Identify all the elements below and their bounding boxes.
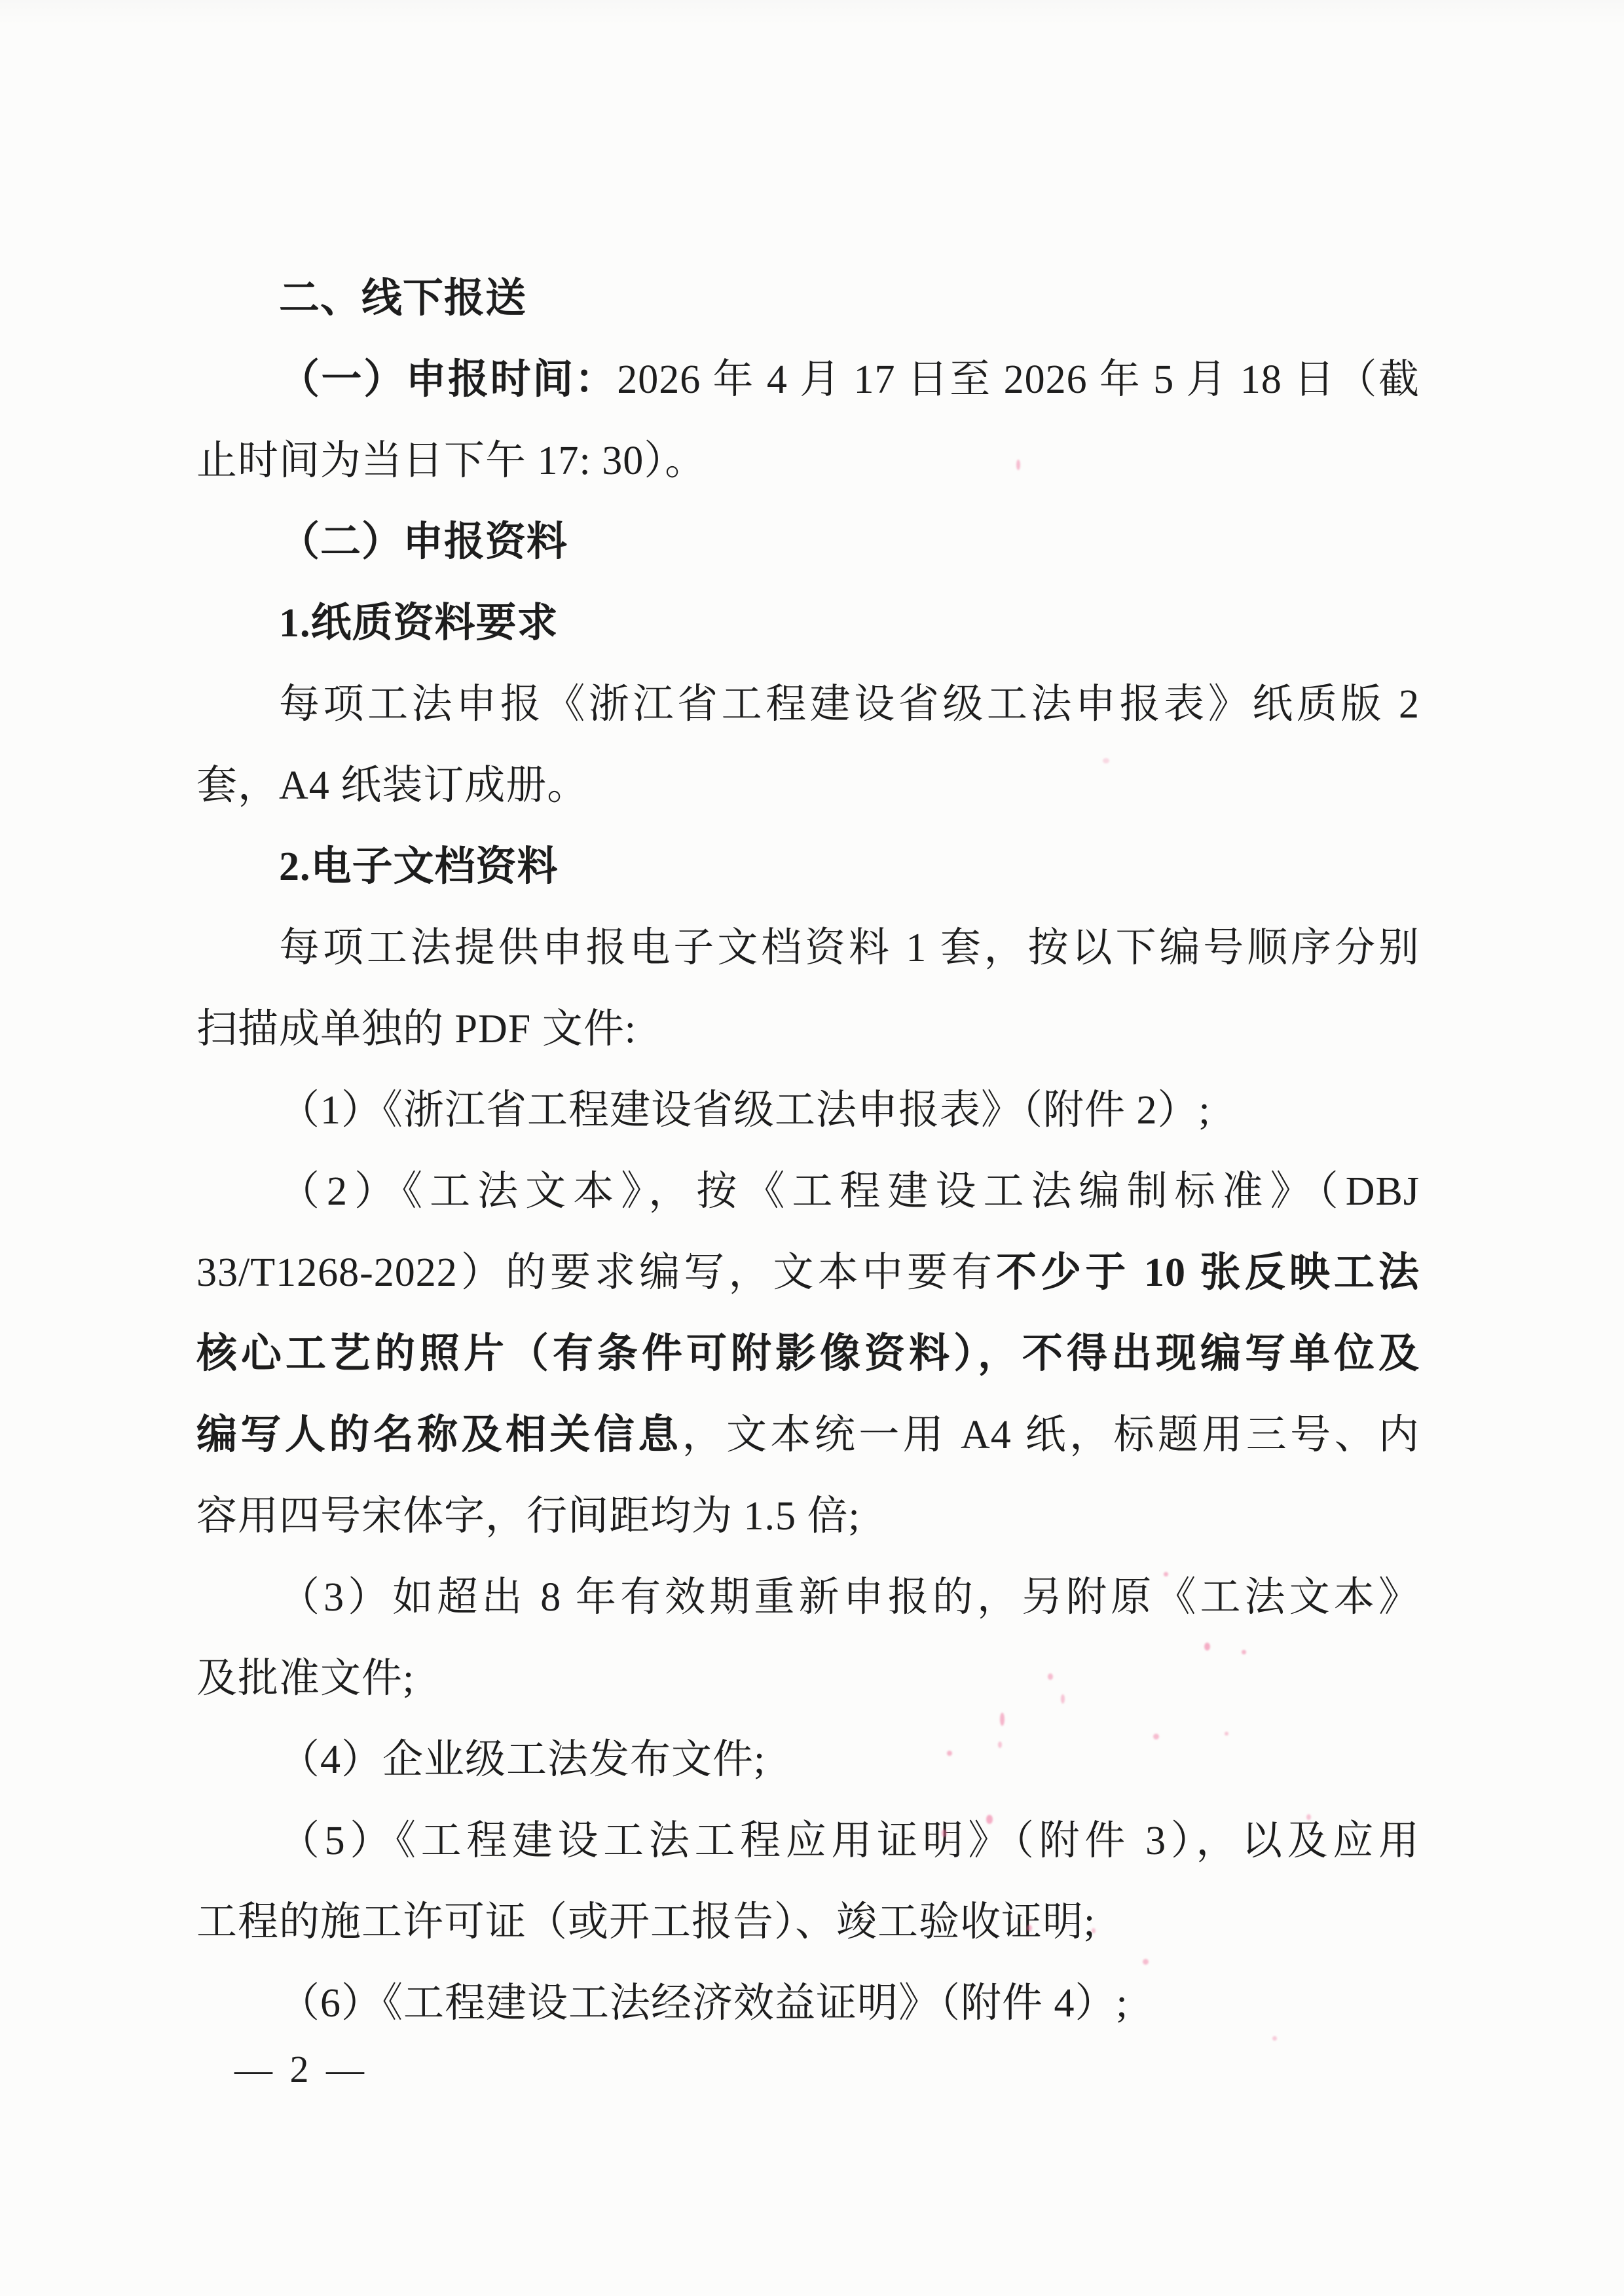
scan-artifact bbox=[1153, 1734, 1159, 1740]
text-segment: 2026 年 4 月 17 日至 2026 年 5 月 18 日（截 bbox=[617, 357, 1420, 402]
scan-artifact bbox=[1272, 2036, 1277, 2041]
bold-text-segment: 二、线下报送 bbox=[279, 276, 526, 321]
text-line: 止时间为当日下午 17: 30）。 bbox=[196, 420, 1420, 501]
text-segment: （1）《浙江省工程建设省级工法申报表》（附件 2）; bbox=[279, 1088, 1211, 1133]
scan-artifact bbox=[1225, 1732, 1228, 1736]
text-line: 33/T1268-2022）的要求编写，文本中要有不少于 10 张反映工法 bbox=[196, 1232, 1420, 1313]
text-line: （2）《工法文本》，按《工程建设工法编制标准》（DBJ bbox=[196, 1151, 1420, 1232]
scan-artifact bbox=[1016, 460, 1020, 470]
scan-artifact bbox=[1103, 758, 1109, 763]
bold-text-segment: 1.纸质资料要求 bbox=[279, 601, 559, 646]
text-segment: 每项工法提供申报电子文档资料 1 套，按以下编号顺序分别 bbox=[279, 926, 1420, 970]
bold-text-segment: 编写人的名称及相关信息 bbox=[196, 1413, 682, 1457]
scan-artifact bbox=[986, 1815, 993, 1824]
text-line: （一）申报时间：2026 年 4 月 17 日至 2026 年 5 月 18 日… bbox=[196, 339, 1420, 420]
scan-artifact bbox=[1048, 1673, 1053, 1680]
bold-text-segment: （二）申报资料 bbox=[279, 520, 568, 564]
text-line: （5）《工程建设工法工程应用证明》（附件 3），以及应用 bbox=[196, 1800, 1420, 1882]
scan-artifact bbox=[1204, 1643, 1210, 1650]
text-line: （1）《浙江省工程建设省级工法申报表》（附件 2）; bbox=[196, 1070, 1420, 1151]
bold-text-segment: 核心工艺的照片（有条件可附影像资料），不得出现编写单位及 bbox=[196, 1332, 1420, 1376]
text-segment: 33/T1268-2022）的要求编写，文本中要有 bbox=[196, 1250, 996, 1295]
text-line: 2.电子文档资料 bbox=[196, 826, 1420, 907]
text-segment: 及批准文件; bbox=[196, 1656, 415, 1701]
scan-artifact bbox=[1164, 1572, 1168, 1576]
scan-artifact bbox=[1000, 1713, 1005, 1726]
text-segment: （4）企业级工法发布文件; bbox=[279, 1738, 766, 1782]
scan-artifact bbox=[1143, 1959, 1149, 1965]
scan-artifact bbox=[947, 1751, 952, 1756]
text-segment: （5）《工程建设工法工程应用证明》（附件 3），以及应用 bbox=[279, 1819, 1420, 1863]
text-line: （4）企业级工法发布文件; bbox=[196, 1719, 1420, 1800]
text-line: 扫描成单独的 PDF 文件: bbox=[196, 989, 1420, 1070]
text-segment: 套，A4 纸装订成册。 bbox=[196, 763, 588, 808]
text-line: 容用四号宋体字，行间距均为 1.5 倍; bbox=[196, 1476, 1420, 1557]
text-segment: 每项工法申报《浙江省工程建设省级工法申报表》纸质版 2 bbox=[279, 682, 1420, 727]
text-line: 每项工法申报《浙江省工程建设省级工法申报表》纸质版 2 bbox=[196, 664, 1420, 745]
text-segment: ，文本统一用 A4 纸，标题用三号、内 bbox=[682, 1413, 1420, 1457]
text-segment: （6）《工程建设工法经济效益证明》（附件 4）; bbox=[279, 1981, 1128, 2026]
text-line: 编写人的名称及相关信息，文本统一用 A4 纸，标题用三号、内 bbox=[196, 1394, 1420, 1476]
text-line: 每项工法提供申报电子文档资料 1 套，按以下编号顺序分别 bbox=[196, 907, 1420, 989]
page-number: — 2 — bbox=[234, 2047, 368, 2092]
text-segment: 容用四号宋体字，行间距均为 1.5 倍; bbox=[196, 1494, 860, 1539]
text-line: （6）《工程建设工法经济效益证明》（附件 4）; bbox=[196, 1963, 1420, 2044]
text-segment: （3）如超出 8 年有效期重新申报的，另附原《工法文本》 bbox=[279, 1575, 1420, 1620]
text-line: 工程的施工许可证（或开工报告）、竣工验收证明; bbox=[196, 1882, 1420, 1963]
text-line: 及批准文件; bbox=[196, 1638, 1420, 1719]
document-body: 二、线下报送（一）申报时间：2026 年 4 月 17 日至 2026 年 5 … bbox=[196, 258, 1420, 2044]
bold-text-segment: 2.电子文档资料 bbox=[279, 845, 559, 889]
text-line: （二）申报资料 bbox=[196, 501, 1420, 583]
text-segment: （2）《工法文本》，按《工程建设工法编制标准》（DBJ bbox=[279, 1169, 1420, 1214]
scan-artifact bbox=[1306, 1814, 1311, 1820]
scan-artifact bbox=[1092, 1928, 1096, 1933]
text-line: 套，A4 纸装订成册。 bbox=[196, 745, 1420, 826]
text-line: （3）如超出 8 年有效期重新申报的，另附原《工法文本》 bbox=[196, 1557, 1420, 1638]
scan-artifact bbox=[998, 1741, 1002, 1748]
text-segment: 工程的施工许可证（或开工报告）、竣工验收证明; bbox=[196, 1900, 1096, 1944]
scan-edge-shading bbox=[0, 0, 1624, 26]
scan-artifact bbox=[1242, 1650, 1246, 1654]
scan-artifact bbox=[942, 1829, 947, 1837]
bold-text-segment: （一）申报时间： bbox=[279, 357, 617, 402]
text-line: 二、线下报送 bbox=[196, 258, 1420, 339]
text-line: 核心工艺的照片（有条件可附影像资料），不得出现编写单位及 bbox=[196, 1313, 1420, 1394]
text-segment: 止时间为当日下午 17: 30）。 bbox=[196, 439, 706, 483]
text-segment: 扫描成单独的 PDF 文件: bbox=[196, 1007, 637, 1051]
text-line: 1.纸质资料要求 bbox=[196, 583, 1420, 664]
scan-artifact bbox=[1061, 1694, 1065, 1704]
scan-artifact bbox=[1027, 1925, 1032, 1931]
bold-text-segment: 不少于 10 张反映工法 bbox=[996, 1250, 1420, 1295]
document-page: 二、线下报送（一）申报时间：2026 年 4 月 17 日至 2026 年 5 … bbox=[0, 0, 1624, 2296]
